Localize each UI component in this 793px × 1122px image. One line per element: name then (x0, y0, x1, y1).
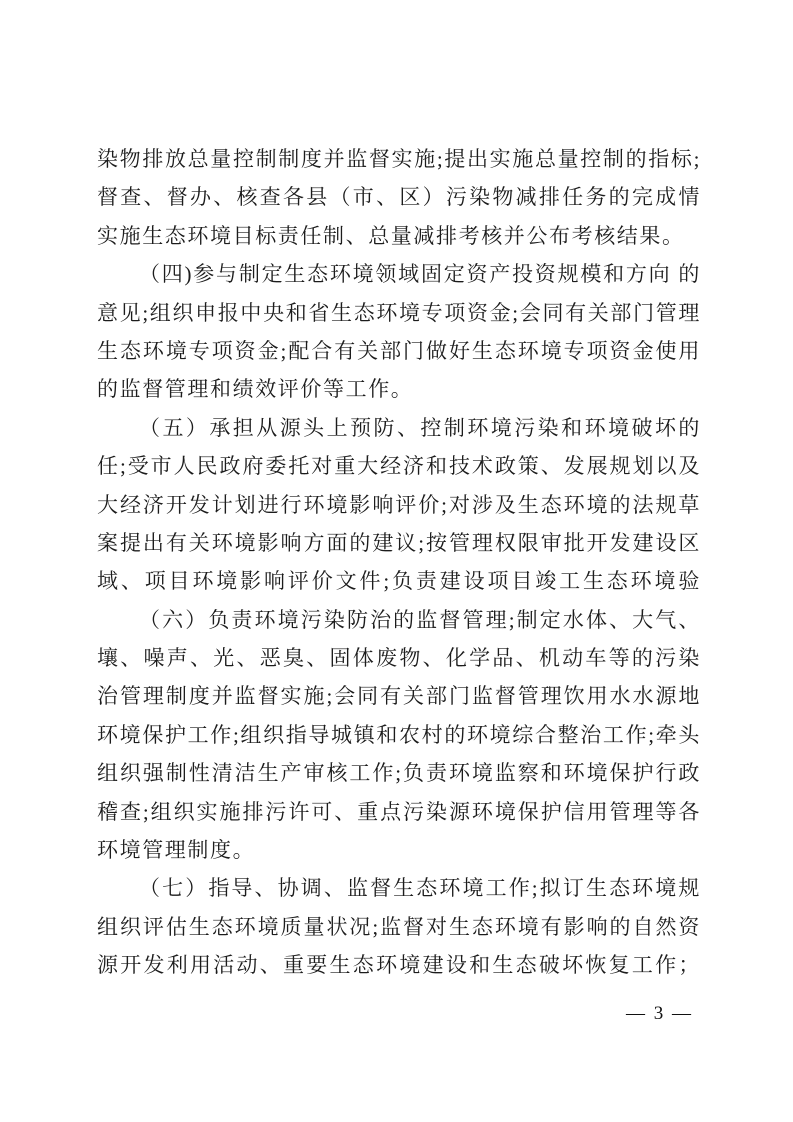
document-page: 染物排放总量控制制度并监督实施;提出实施总量控制的指标; 督查、督办、核查各县（… (0, 0, 793, 1122)
text-line: 实施生态环境目标责任制、总量减排考核并公布考核结果。 (97, 217, 701, 255)
text-line: 大经济开发计划进行环境影响评价;对涉及生态环境的法规草 (97, 486, 701, 524)
text-line: 案提出有关环境影响方面的建议;按管理权限审批开发建设区 (97, 524, 701, 562)
text-line: （五）承担从源头上预防、控制环境污染和环境破坏的责 (97, 409, 701, 447)
text-line: 生态环境专项资金;配合有关部门做好生态环境专项资金使用 (97, 332, 701, 370)
text-line: 壤、噪声、光、恶臭、固体废物、化学品、机动车等的污染防 (97, 639, 701, 677)
text-line: 源开发利用活动、重要生态环境建设和生态破坏恢复工作； 监 (97, 946, 701, 984)
text-line: （六）负责环境污染防治的监督管理;制定水体、大气、土 (97, 601, 701, 639)
page-number: — 3 — (97, 1003, 693, 1025)
text-line: 任;受市人民政府委托对重大经济和技术政策、发展规划以及重 (97, 447, 701, 485)
text-line: 组织评估生态环境质量状况;监督对生态环境有影响的自然资 (97, 908, 701, 946)
text-line: 的监督管理和绩效评价等工作。 (97, 370, 701, 408)
text-line: 督查、督办、核查各县（市、区）污染物减排任务的完成情况; (97, 178, 701, 216)
text-line: 环境保护工作;组织指导城镇和农村的环境综合整治工作;牵头 (97, 716, 701, 754)
document-body: 染物排放总量控制制度并监督实施;提出实施总量控制的指标; 督查、督办、核查各县（… (97, 140, 701, 985)
text-line: 染物排放总量控制制度并监督实施;提出实施总量控制的指标; (97, 140, 701, 178)
text-line: 组织强制性清洁生产审核工作;负责环境监察和环境保护行政 (97, 754, 701, 792)
text-line: （四)参与制定生态环境领域固定资产投资规模和方向 的 (97, 255, 701, 293)
text-line: 稽查;组织实施排污许可、重点污染源环境保护信用管理等各项 (97, 793, 701, 831)
text-line: 意见;组织申报中央和省生态环境专项资金;会同有关部门管理 (97, 294, 701, 332)
text-line: 治管理制度并监督实施;会同有关部门监督管理饮用水水源地 (97, 677, 701, 715)
text-line: 域、项目环境影响评价文件;负责建设项目竣工生态环境验收。 (97, 562, 701, 600)
text-line: 环境管理制度。 (97, 831, 701, 869)
text-line: （七）指导、协调、监督生态环境工作;拟订生态环境规划; (97, 869, 701, 907)
